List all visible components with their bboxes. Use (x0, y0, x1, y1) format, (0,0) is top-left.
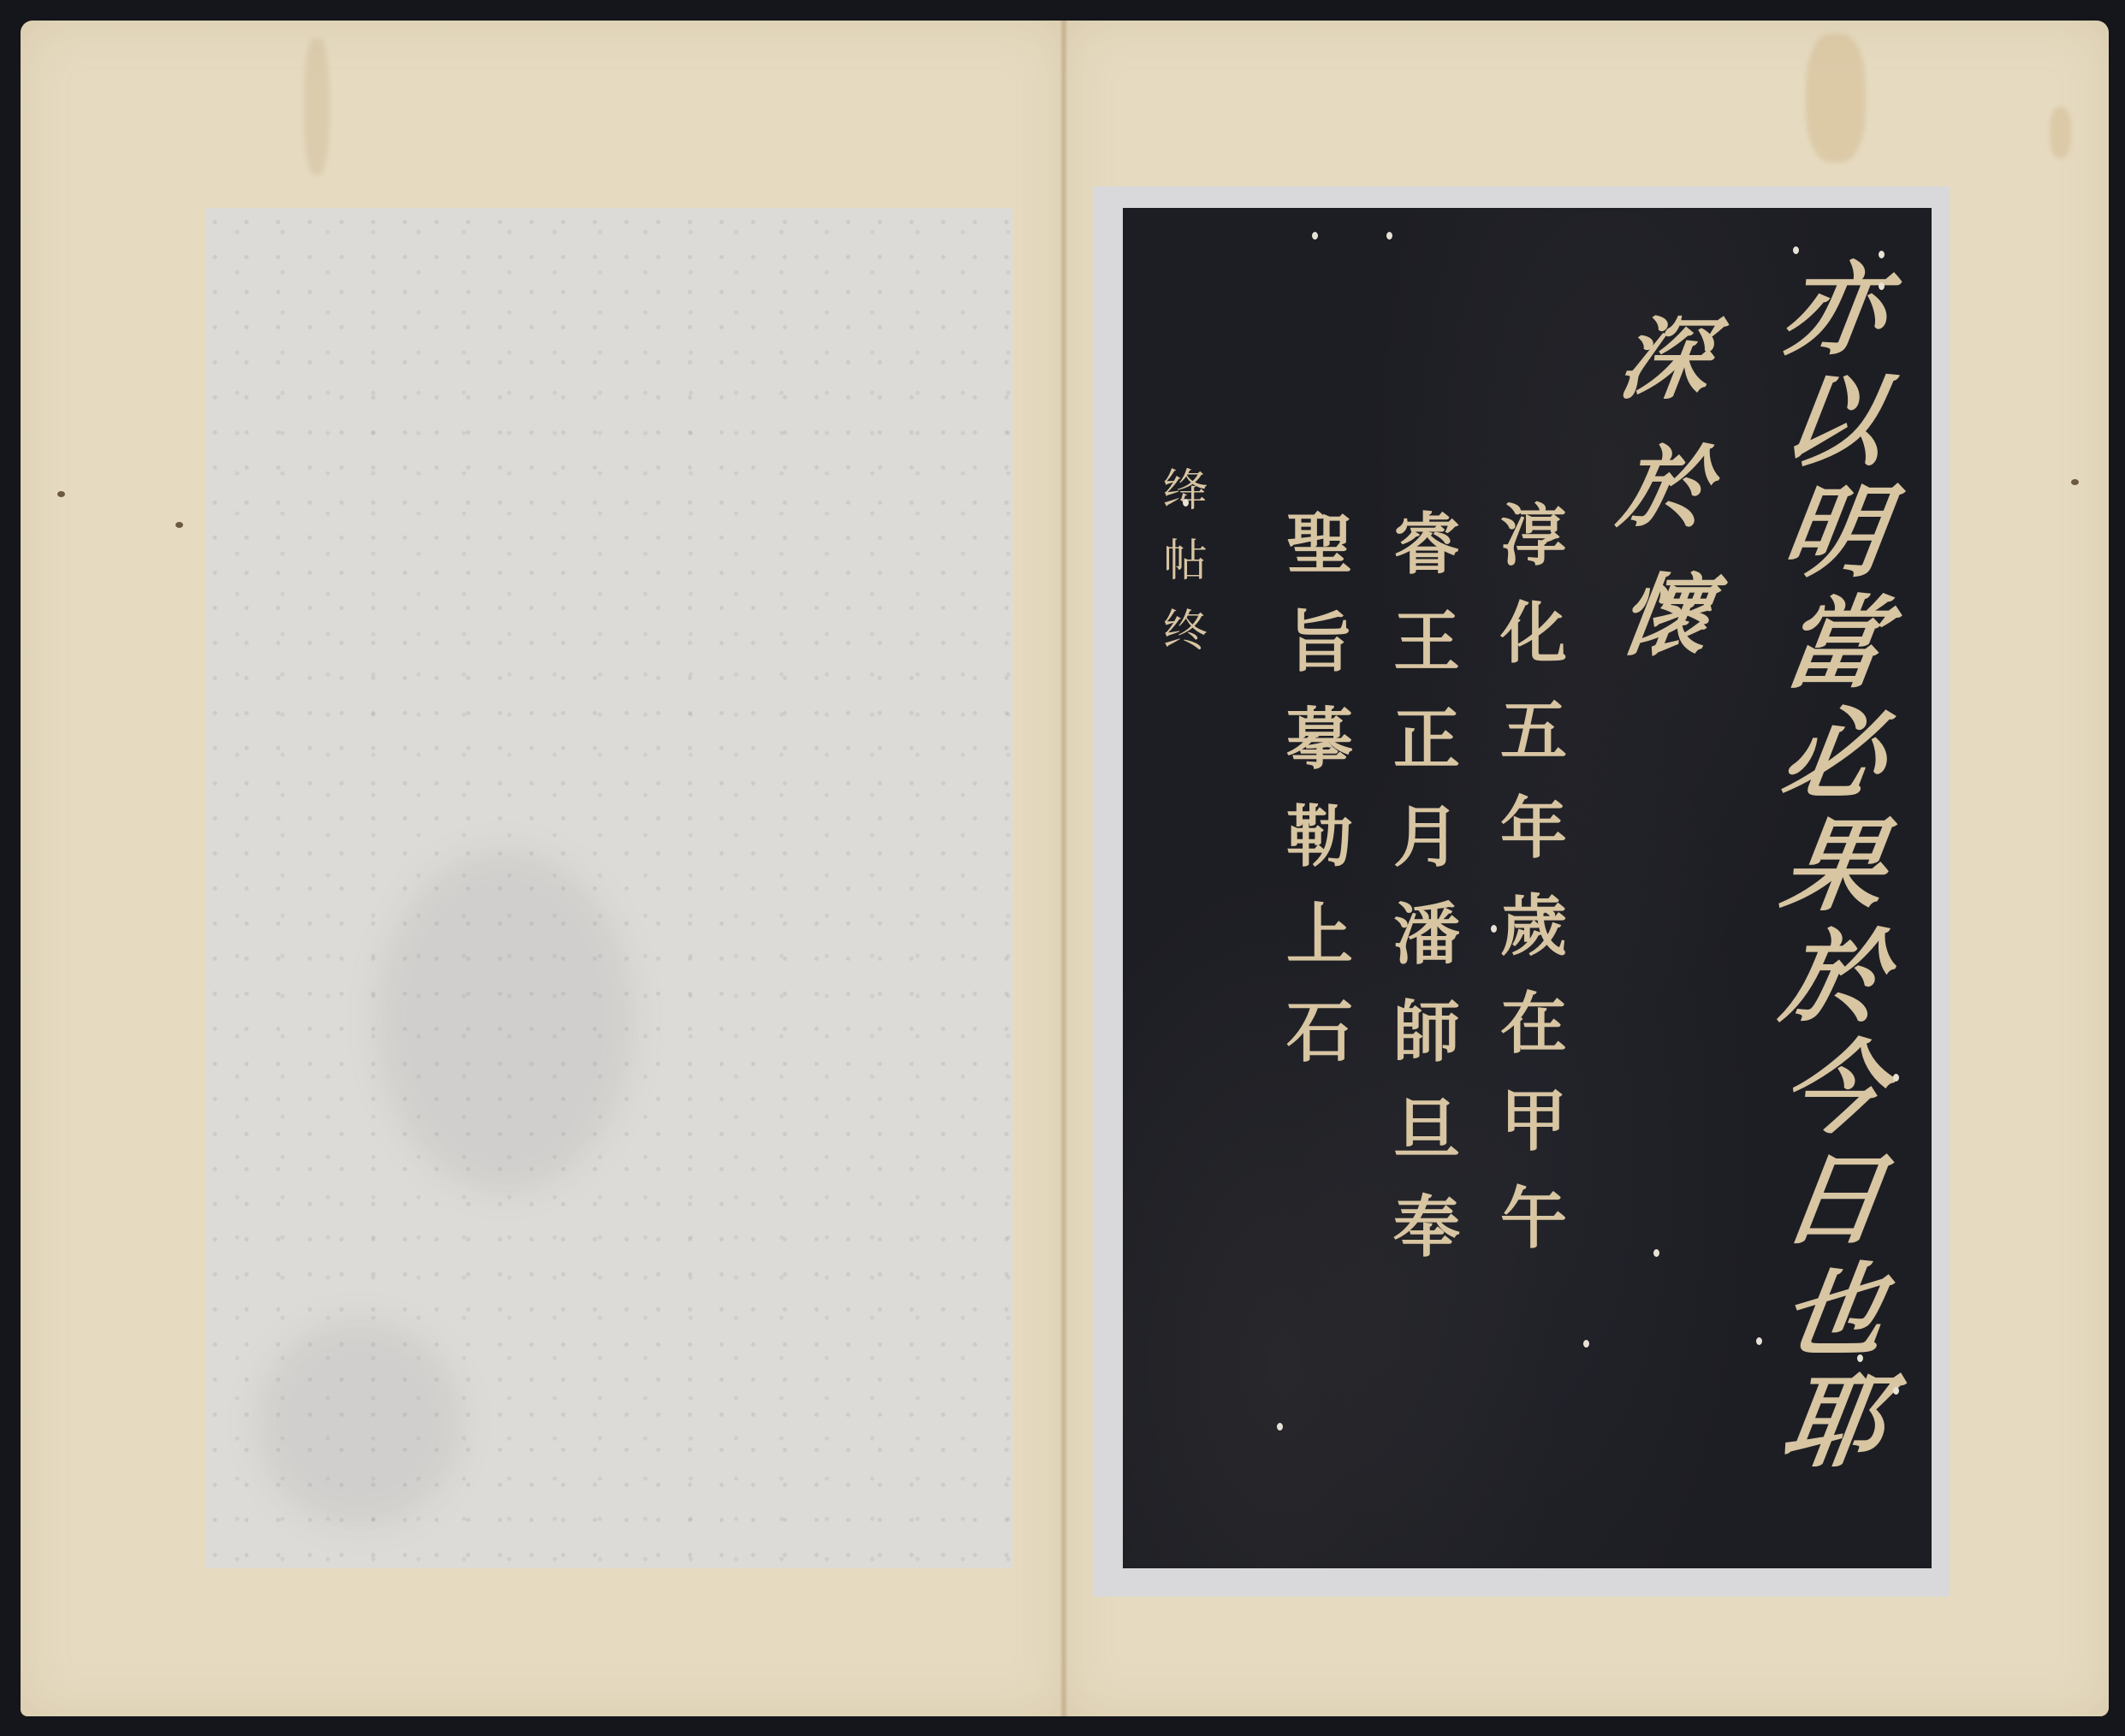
character: 石 (1286, 999, 1353, 1097)
character: 五 (1500, 698, 1567, 796)
ink-rubbing: 亦 以 明 當 必 果 於 今 日 也 耶 深 於 懷 淳 化 五 年 歲 在 … (1123, 208, 1932, 1568)
character: 必 (1775, 704, 1891, 815)
character: 勒 (1286, 804, 1353, 902)
character: 奉 (1393, 1194, 1460, 1292)
character: 深 (1608, 315, 1715, 443)
paper-stain (304, 39, 329, 175)
rubbing-speck (1653, 1249, 1659, 1257)
rubbing-speck (1857, 1354, 1863, 1362)
rubbing-speck (1879, 251, 1885, 258)
character: 终 (1163, 609, 1208, 679)
character: 帖 (1163, 539, 1208, 609)
rubbing-speck (1386, 232, 1392, 240)
character: 睿 (1393, 512, 1460, 609)
character: 於 (1775, 927, 1891, 1038)
rubbing-speck (1893, 1074, 1899, 1081)
character: 懷 (1608, 572, 1715, 700)
character: 日 (1775, 1149, 1891, 1260)
rubbing-speck (1491, 925, 1497, 933)
left-blank-panel (205, 208, 1012, 1568)
character: 正 (1393, 707, 1460, 804)
character: 也 (1775, 1260, 1891, 1372)
character: 歲 (1500, 893, 1567, 991)
colophon-column-2: 睿 王 正 月 潘 師 旦 奉 (1384, 512, 1469, 1292)
character: 潘 (1393, 902, 1460, 999)
paper-wormhole (175, 522, 183, 528)
rubbing-speck (1893, 1387, 1899, 1395)
character: 月 (1393, 804, 1460, 902)
rubbing-speck (1312, 232, 1318, 240)
paper-stain (1806, 34, 1866, 163)
character: 摹 (1286, 707, 1353, 804)
book-spine (1060, 21, 1068, 1716)
cursive-column-2: 深 於 懷 (1606, 315, 1718, 700)
rubbing-speck (1583, 1340, 1589, 1348)
character: 在 (1500, 991, 1567, 1088)
character: 淳 (1500, 503, 1567, 601)
character: 聖 (1286, 512, 1353, 609)
colophon-column-3: 聖 旨 摹 勒 上 石 (1277, 512, 1362, 1097)
character: 當 (1775, 593, 1891, 704)
character: 師 (1393, 999, 1460, 1097)
character: 於 (1608, 443, 1715, 572)
character: 明 (1775, 482, 1891, 593)
character: 旨 (1286, 609, 1353, 707)
character: 耶 (1775, 1372, 1891, 1483)
character: 果 (1775, 815, 1891, 927)
character: 年 (1500, 796, 1567, 893)
paper-wormhole (2071, 479, 2079, 485)
character: 上 (1286, 902, 1353, 999)
character: 今 (1775, 1038, 1891, 1149)
rubbing-speck (1793, 246, 1799, 254)
paper-wormhole (57, 491, 65, 497)
rubbing-speck (1277, 1423, 1283, 1431)
cursive-column-1: 亦 以 明 當 必 果 於 今 日 也 耶 (1773, 259, 1893, 1483)
character: 亦 (1775, 259, 1891, 370)
rubbing-speck (1183, 499, 1189, 507)
paper-stain (2050, 107, 2071, 158)
character: 旦 (1393, 1097, 1460, 1194)
rubbing-speck (1879, 282, 1885, 290)
character: 王 (1393, 609, 1460, 707)
character: 甲 (1500, 1088, 1567, 1186)
character: 化 (1500, 601, 1567, 698)
character: 以 (1775, 370, 1891, 482)
character: 午 (1500, 1186, 1567, 1283)
colophon-column-1: 淳 化 五 年 歲 在 甲 午 (1491, 503, 1576, 1283)
rubbing-speck (1756, 1337, 1762, 1345)
